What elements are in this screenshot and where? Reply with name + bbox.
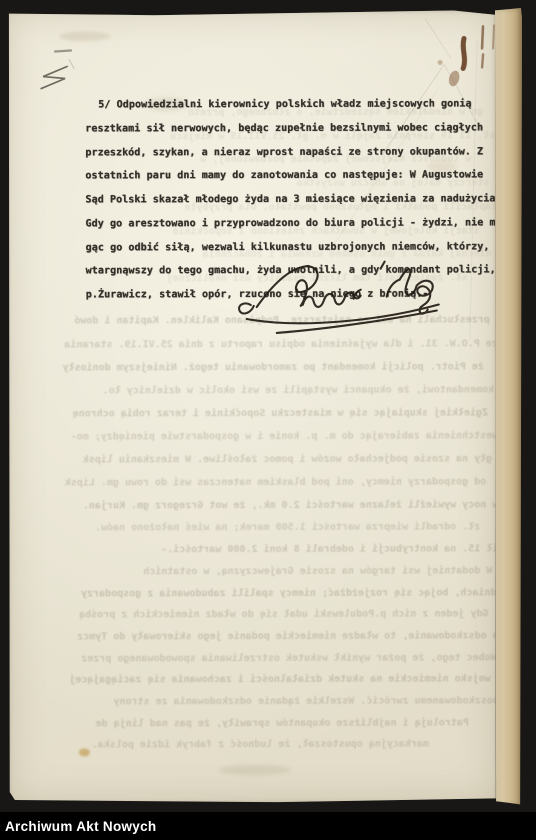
typed-line: przeszkód, szykan, a nieraz wprost napaś… xyxy=(85,145,483,159)
typed-line: resztkami sił nerwowych, będąc zupełnie … xyxy=(85,121,483,135)
signature-initial-curl xyxy=(239,303,254,313)
handwritten-signature xyxy=(211,258,451,343)
typed-line: ostatnich paru dni mamy do zanotowania c… xyxy=(85,169,483,183)
typed-line: 5/ Odpowiedzialni kierownicy polskich wł… xyxy=(98,98,471,112)
typed-line: Gdy go aresztowano i przyprowadzono do b… xyxy=(86,216,508,230)
archive-footer-bar: Archiwum Akt Nowych xyxy=(0,812,536,840)
document-page: go w niedalekiem sąsiedztwie, o złożoneg… xyxy=(7,10,497,803)
typed-line: Sąd Polski skazał młodego żyda na 3 mies… xyxy=(85,193,501,207)
typed-line: gąc go odbić siłą, wezwali kilkunastu uz… xyxy=(86,240,490,254)
archive-name-label: Archiwum Akt Nowych xyxy=(0,819,156,834)
signature-flourish xyxy=(277,311,437,333)
brown-ink-stains xyxy=(432,20,502,100)
typed-paragraph: 5/ Odpowiedzialni kierownicy polskich wł… xyxy=(7,10,497,803)
pencil-squiggle xyxy=(31,45,83,99)
adjacent-page-edge xyxy=(495,8,522,806)
signature-underline xyxy=(247,305,439,324)
scanned-document-photo: go w niedalekiem sąsiedztwie, o złożoneg… xyxy=(0,0,536,840)
